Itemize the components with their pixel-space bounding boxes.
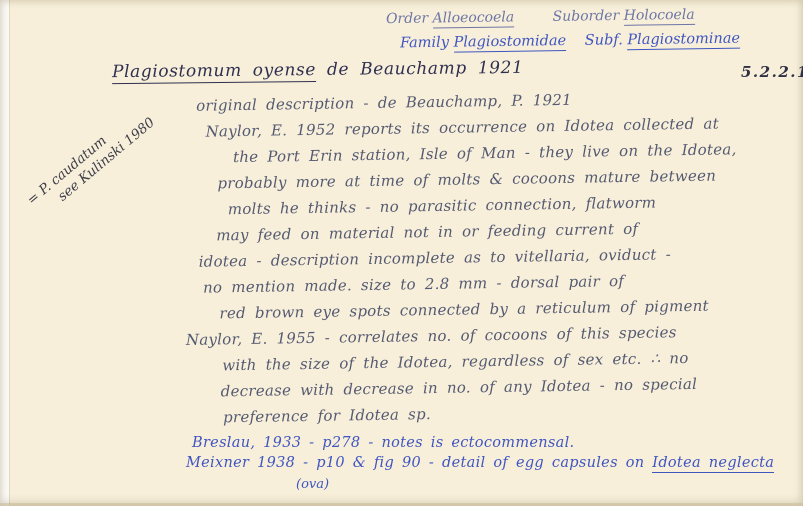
ova-annotation: (ova) xyxy=(296,477,329,492)
taxonomy-family-line: Family Plagiostomidae Subf. Plagiostomin… xyxy=(400,31,740,52)
order-label: Order xyxy=(386,11,428,28)
suborder-value: Holocoela xyxy=(624,7,695,26)
taxonomy-order-line: Order Alloeocoela Suborder Holocoela xyxy=(386,7,695,27)
suborder-label: Suborder xyxy=(552,8,619,25)
breslau-reference-note: Breslau, 1933 - p278 - notes is ectocomm… xyxy=(192,435,574,451)
margin-note-line1: = P. caudatum xyxy=(24,101,148,209)
meixner-reference-note: Meixner 1938 - p10 & fig 90 - detail of … xyxy=(186,455,774,471)
family-label: Family xyxy=(400,35,449,52)
index-card: Order Alloeocoela Suborder Holocoela Fam… xyxy=(0,0,803,506)
body-notes: original description - de Beauchamp, P. … xyxy=(178,83,803,431)
subfamily-label: Subf. xyxy=(585,32,623,49)
species-name: Plagiostomum oyense xyxy=(112,60,316,84)
meixner-note-text: Meixner 1938 - p10 & fig 90 - detail of … xyxy=(186,455,652,471)
order-value: Alloeocoela xyxy=(432,9,514,28)
species-authority: de Beauchamp 1921 xyxy=(327,58,524,80)
subfamily-value: Plagiostominae xyxy=(627,31,740,51)
scan-edge-strip xyxy=(0,0,10,506)
margin-synonymy-note: = P. caudatum see Kulinski 1980 xyxy=(24,101,159,222)
classification-code: 5.2.2.1.2.4 xyxy=(741,63,803,81)
family-value: Plagiostomidae xyxy=(453,33,566,53)
meixner-host-species: Idotea neglecta xyxy=(652,455,774,473)
species-title: Plagiostomum oyense de Beauchamp 1921 xyxy=(112,58,524,82)
